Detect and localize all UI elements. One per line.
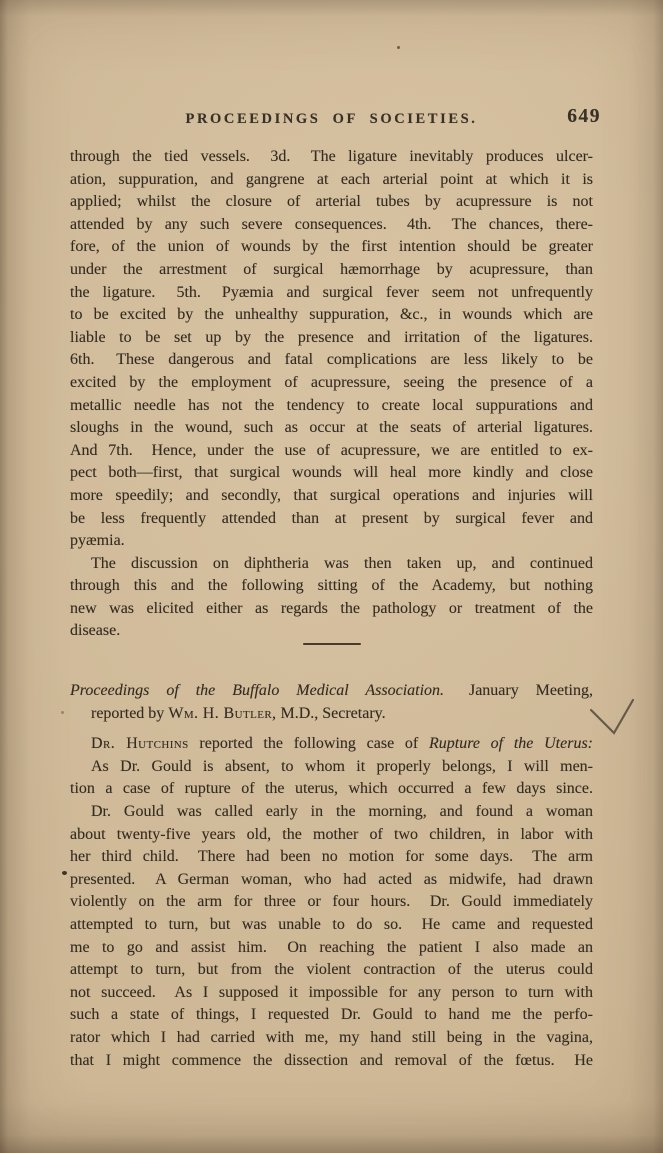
text-line: presented. A German woman, who had acted… <box>70 869 593 892</box>
text-line: not succeed. As I supposed it impossible… <box>70 982 593 1005</box>
text-line: be less frequently attended than at pres… <box>70 508 593 531</box>
page-number: 649 <box>567 106 601 128</box>
text-line: me to go and assist him. On reaching the… <box>70 937 593 960</box>
text-line: ation, suppuration, and gangrene at each… <box>70 169 593 192</box>
paragraph: Dr. Hutchins reported the following case… <box>70 733 593 756</box>
text-line: excited by the employment of acupressure… <box>70 372 593 395</box>
section-divider <box>303 643 361 645</box>
text-line: violently on the arm for three or four h… <box>70 891 593 914</box>
text-line: through the tied vessels. 3d. The ligatu… <box>70 146 593 169</box>
paragraph: As Dr. Gould is absent, to whom it prope… <box>70 756 593 801</box>
text-line: through this and the following sitting o… <box>70 575 593 598</box>
text-line: Dr. Gould was called early in the mornin… <box>70 801 593 824</box>
text-line: fore, of the union of wounds by the firs… <box>70 236 593 259</box>
paragraph: The discussion on diphtheria was then ta… <box>70 553 593 643</box>
faint-ink-dot-mark <box>61 711 64 714</box>
text-line: to be excited by the unhealthy suppurati… <box>70 304 593 327</box>
text-line: tion a case of rupture of the uterus, wh… <box>70 778 593 801</box>
text-line: Dr. Hutchins reported the following case… <box>70 733 593 756</box>
text-line: applied; whilst the closure of arterial … <box>70 191 593 214</box>
text-line: rator which I had carried with me, my ha… <box>70 1027 593 1050</box>
text-line: sloughs in the wound, such as occur at t… <box>70 417 593 440</box>
text-line: pect both—first, that surgical wounds wi… <box>70 462 593 485</box>
text-line: more speedily; and secondly, that surgic… <box>70 485 593 508</box>
text-line: Proceedings of the Buffalo Medical Assoc… <box>70 680 593 703</box>
text-line: pyæmia. <box>70 530 593 553</box>
text-line: And 7th. Hence, under the use of acupres… <box>70 440 593 463</box>
section-heading: Proceedings of the Buffalo Medical Assoc… <box>70 680 593 725</box>
text-line: that I might commence the dissection and… <box>70 1050 593 1073</box>
text-line: such a state of things, I requested Dr. … <box>70 1004 593 1027</box>
running-head-title: PROCEEDINGS OF SOCIETIES. <box>70 111 593 128</box>
text-line: her third child. There had been no motio… <box>70 846 593 869</box>
text-line: attended by any such severe consequences… <box>70 214 593 237</box>
text-line: under the arrestment of surgical hæmorrh… <box>70 259 593 282</box>
text-line: The discussion on diphtheria was then ta… <box>70 553 593 576</box>
paragraph: through the tied vessels. 3d. The ligatu… <box>70 146 593 553</box>
text-line: attempted to turn, but was unable to do … <box>70 914 593 937</box>
text-line: new was elicited either as regards the p… <box>70 598 593 621</box>
ink-dot-mark <box>62 871 67 875</box>
text-line: attempt to turn, but from the violent co… <box>70 959 593 982</box>
text-line: disease. <box>70 620 593 643</box>
text-line: about twenty-five years old, the mother … <box>70 824 593 847</box>
paper-speck-mark <box>397 46 400 49</box>
text-line: reported by Wm. H. Butler, M.D., Secreta… <box>70 703 593 726</box>
text-line: the ligature. 5th. Pyæmia and surgical f… <box>70 282 593 305</box>
handwritten-checkmark-mark <box>586 697 640 743</box>
text-line: As Dr. Gould is absent, to whom it prope… <box>70 756 593 779</box>
text-line: metallic needle has not the tendency to … <box>70 395 593 418</box>
scanned-book-page: PROCEEDINGS OF SOCIETIES. 649 through th… <box>0 0 663 1153</box>
paragraph: Dr. Gould was called early in the mornin… <box>70 801 593 1072</box>
page-text-block: through the tied vessels. 3d. The ligatu… <box>70 146 593 1072</box>
text-line: liable to be set up by the presence and … <box>70 327 593 350</box>
text-line: 6th. These dangerous and fatal complicat… <box>70 349 593 372</box>
